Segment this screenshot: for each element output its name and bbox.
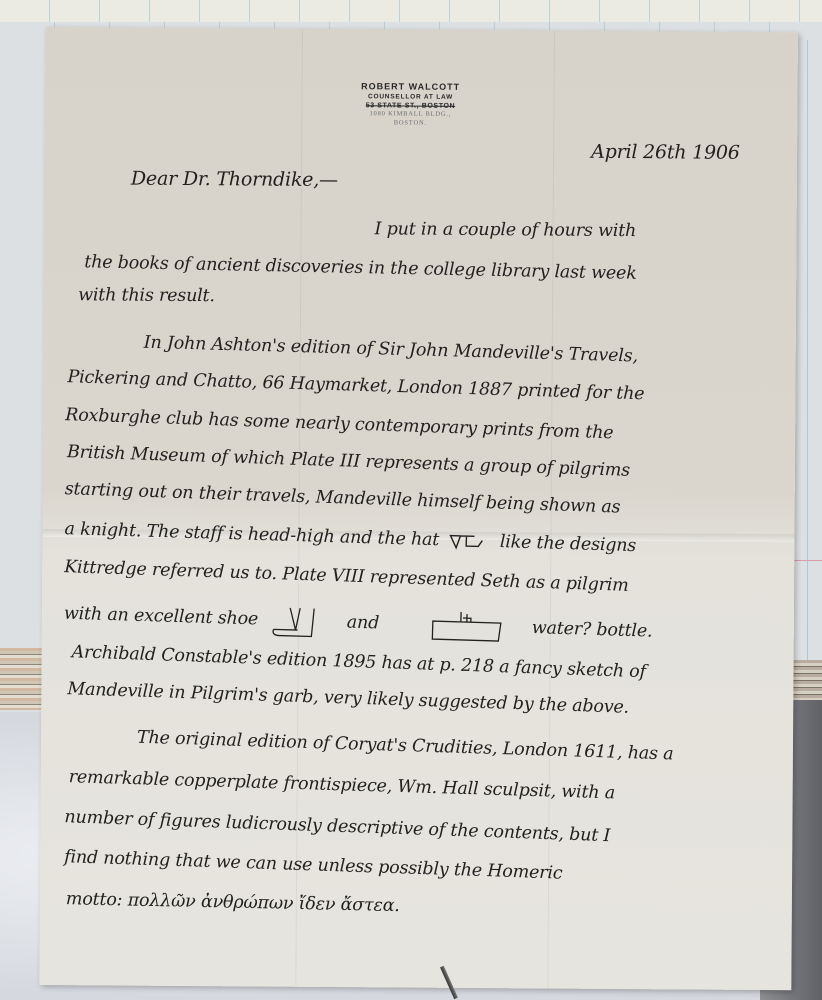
- letterhead-name: ROBERT WALCOTT: [336, 81, 486, 94]
- body-line: Pickering and Chatto, 66 Haymarket, Lond…: [67, 367, 644, 404]
- letter-sheet: ROBERT WALCOTT COUNSELLOR AT LAW 53 STAT…: [39, 27, 798, 990]
- body-line: starting out on their travels, Mandevill…: [64, 479, 620, 517]
- body-line: The original edition of Coryat's Cruditi…: [137, 728, 674, 765]
- body-line: motto: πολλῶν ἀνθρώπων ἴδεν ἄστεα.: [66, 889, 400, 916]
- body-line: the books of ancient discoveries in the …: [84, 252, 637, 284]
- body-line: I put in a couple of hours with: [375, 219, 637, 241]
- water-bottle-sketch-icon: [428, 609, 509, 643]
- body-line: Mandeville in Pilgrim's garb, very likel…: [67, 679, 629, 718]
- body-text: and: [347, 612, 380, 633]
- body-line: Archibald Constable's edition 1895 has a…: [71, 642, 646, 682]
- body-line: In John Ashton's edition of Sir John Man…: [144, 333, 639, 367]
- body-line: number of figures ludicrously descriptiv…: [64, 807, 610, 846]
- body-line: remarkable copperplate frontispiece, Wm.…: [68, 767, 615, 803]
- letterhead: ROBERT WALCOTT COUNSELLOR AT LAW 53 STAT…: [335, 81, 485, 128]
- letterhead-city: BOSTON.: [335, 119, 485, 128]
- ledger-rule: [807, 40, 808, 660]
- hat-sketch-icon: [448, 531, 491, 552]
- body-line: with an excellent shoe and water? bottle…: [63, 597, 652, 648]
- body-line: Kittredge referred us to. Plate VIII rep…: [64, 557, 629, 596]
- letter-date: April 26th 1906: [591, 141, 740, 164]
- body-text: like the designs: [500, 532, 637, 556]
- body-line: find nothing that we can use unless poss…: [64, 847, 563, 884]
- body-text: a knight. The staff is head-high and the…: [64, 519, 439, 550]
- body-line: Roxburghe club has some nearly contempor…: [65, 405, 614, 443]
- salutation: Dear Dr. Thorndike,—: [131, 168, 338, 191]
- body-line: British Museum of which Plate III repres…: [67, 442, 631, 481]
- body-text: water? bottle.: [531, 618, 652, 642]
- shoe-sketch-icon: [267, 603, 320, 639]
- body-text: with an excellent shoe: [64, 604, 259, 630]
- body-line: with this result.: [78, 285, 215, 306]
